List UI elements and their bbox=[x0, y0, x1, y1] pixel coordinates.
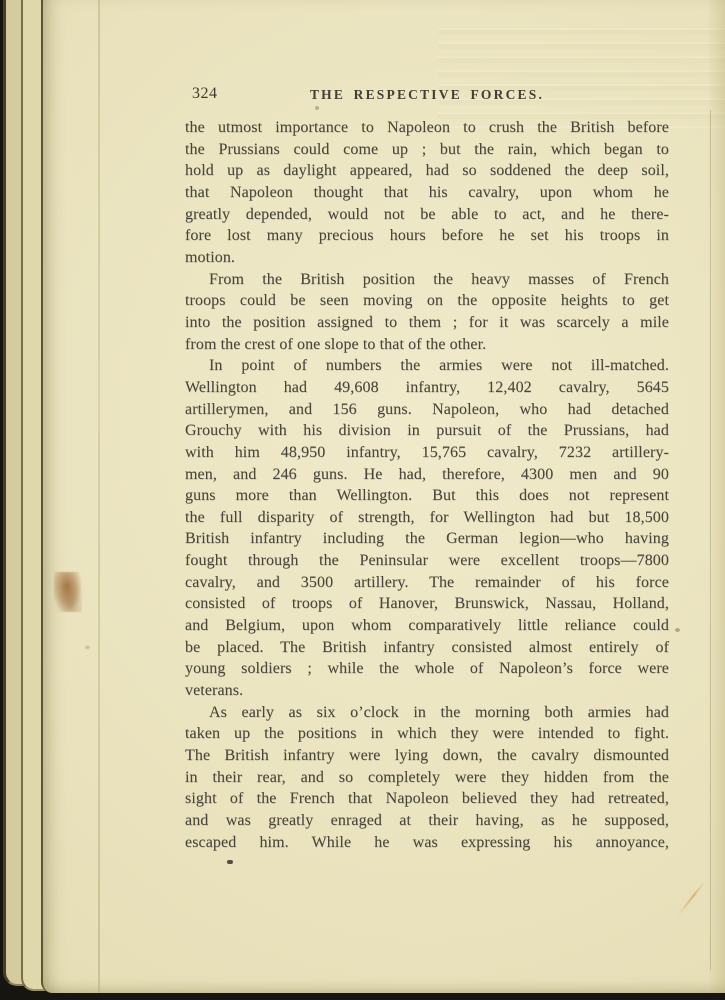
text-line: men, and 246 guns. He had, therefore, 43… bbox=[185, 464, 669, 486]
text-line: In point of numbers the armies were not … bbox=[185, 355, 669, 377]
text-line: From the British position the heavy mass… bbox=[185, 269, 669, 291]
text-line: motion. bbox=[185, 247, 669, 269]
text-line: and was greatly enraged at their having,… bbox=[185, 810, 669, 832]
foxing-stain bbox=[54, 572, 82, 612]
text-line: The British infantry were lying down, th… bbox=[185, 745, 669, 767]
gutter-crease bbox=[98, 0, 100, 993]
text-line: consisted of troops of Hanover, Brunswic… bbox=[185, 593, 669, 615]
paragraph: From the British position the heavy mass… bbox=[185, 269, 669, 356]
paragraph: In point of numbers the armies were not … bbox=[185, 355, 669, 702]
text-line: artillerymen, and 156 guns. Napoleon, wh… bbox=[185, 399, 669, 421]
book-scan: 324 THE RESPECTIVE FORCES. the utmost im… bbox=[0, 0, 725, 1000]
text-line: escaped him. While he was expressing his… bbox=[185, 832, 669, 854]
running-header: THE RESPECTIVE FORCES. bbox=[185, 87, 669, 103]
text-line: As early as six o’clock in the morning b… bbox=[185, 702, 669, 724]
text-line: that Napoleon thought that his cavalry, … bbox=[185, 182, 669, 204]
text-line: fought through the Peninsular were excel… bbox=[185, 550, 669, 572]
paper-texture-streaks bbox=[438, 28, 725, 128]
text-line: be placed. The British infantry consiste… bbox=[185, 637, 669, 659]
text-line: troops could be seen moving on the oppos… bbox=[185, 290, 669, 312]
text-line: Grouchy with his division in pursuit of … bbox=[185, 420, 669, 442]
text-line: young soldiers ; while the whole of Napo… bbox=[185, 658, 669, 680]
text-line: sight of the French that Napoleon believ… bbox=[185, 788, 669, 810]
text-line: taken up the positions in which they wer… bbox=[185, 723, 669, 745]
text-line: from the crest of one slope to that of t… bbox=[185, 334, 669, 356]
text-line: British infantry including the German le… bbox=[185, 528, 669, 550]
text-line: the full disparity of strength, for Well… bbox=[185, 507, 669, 529]
page-header-row: 324 THE RESPECTIVE FORCES. bbox=[185, 85, 669, 107]
text-line: with him 48,950 infantry, 15,765 cavalry… bbox=[185, 442, 669, 464]
text-line: veterans. bbox=[185, 680, 669, 702]
foxing-dot bbox=[84, 645, 91, 650]
paragraph: the utmost importance to Napoleon to cru… bbox=[185, 117, 669, 269]
text-line: and Belgium, upon whom comparatively lit… bbox=[185, 615, 669, 637]
text-line: greatly depended, would not be able to a… bbox=[185, 204, 669, 226]
text-line: Wellington had 49,608 infantry, 12,402 c… bbox=[185, 377, 669, 399]
text-line: cavalry, and 3500 artillery. The remaind… bbox=[185, 572, 669, 594]
text-line: the Prussians could come up ; but the ra… bbox=[185, 139, 669, 161]
paper-speck bbox=[675, 628, 680, 632]
text-line: the utmost importance to Napoleon to cru… bbox=[185, 117, 669, 139]
page-body: the utmost importance to Napoleon to cru… bbox=[185, 117, 669, 853]
text-line: into the position assigned to them ; for… bbox=[185, 312, 669, 334]
paragraph: As early as six o’clock in the morning b… bbox=[185, 702, 669, 854]
text-line: fore lost many precious hours before he … bbox=[185, 225, 669, 247]
printer-mark bbox=[227, 860, 233, 864]
text-line: guns more than Wellington. But this does… bbox=[185, 485, 669, 507]
page-right-edge-shadow bbox=[707, 0, 725, 993]
text-line: hold up as daylight appeared, had so sod… bbox=[185, 160, 669, 182]
text-line: in their rear, and so completely were th… bbox=[185, 767, 669, 789]
